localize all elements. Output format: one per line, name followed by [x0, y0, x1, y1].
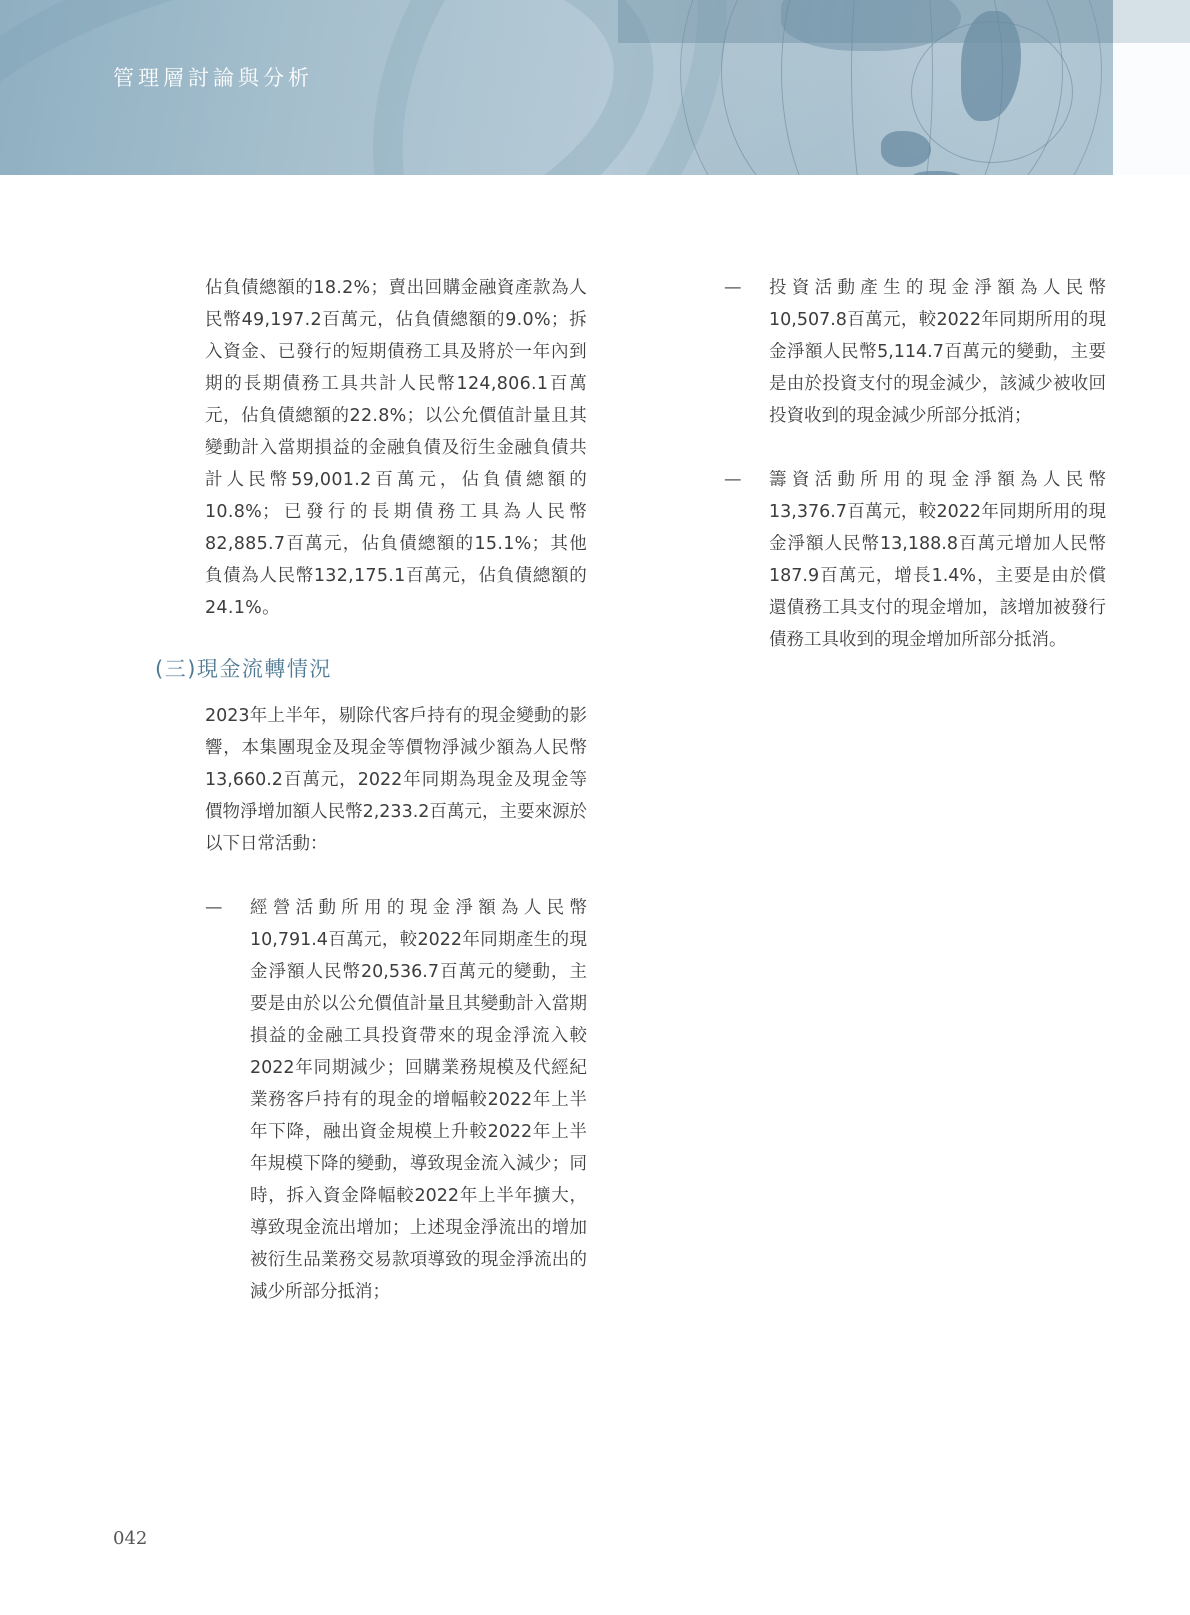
cash-flow-intro: 2023年上半年，剔除代客戶持有的現金變動的影響，本集團現金及現金等價物淨減少額… — [205, 700, 587, 860]
financing-activities-bullet: — 籌資活動所用的現金淨額為人民幣13,376.7百萬元，較2022年同期所用的… — [724, 464, 1106, 656]
dash-bullet-icon: — — [724, 272, 769, 304]
liabilities-text: 佔負債總額的18.2%；賣出回購金融資產款為人民幣49,197.2百萬元，佔負債… — [205, 272, 587, 624]
bullet-text: 投資活動產生的現金淨額為人民幣10,507.8百萬元，較2022年同期所用的現金… — [769, 272, 1106, 432]
liabilities-paragraph: 佔負債總額的18.2%；賣出回購金融資產款為人民幣49,197.2百萬元，佔負債… — [205, 272, 587, 624]
bullet-text: 經營活動所用的現金淨額為人民幣10,791.4百萬元，較2022年同期產生的現金… — [250, 892, 587, 1308]
header-right-margin — [1113, 43, 1190, 175]
dash-bullet-icon: — — [205, 892, 250, 924]
header-banner: 管理層討論與分析 — [0, 0, 1113, 175]
cash-flow-intro-text: 2023年上半年，剔除代客戶持有的現金變動的影響，本集團現金及現金等價物淨減少額… — [205, 700, 587, 860]
section-heading-cash-flow: (三)現金流轉情況 — [155, 653, 332, 683]
operating-activities-bullet: — 經營活動所用的現金淨額為人民幣10,791.4百萬元，較2022年同期產生的… — [205, 892, 587, 1308]
dash-bullet-icon: — — [724, 464, 769, 496]
header-top-strip-right — [1113, 0, 1190, 43]
list-item: — 籌資活動所用的現金淨額為人民幣13,376.7百萬元，較2022年同期所用的… — [724, 464, 1106, 656]
header-top-strip — [618, 0, 1113, 43]
page-number: 042 — [113, 1528, 147, 1549]
header-section-title: 管理層討論與分析 — [113, 62, 313, 92]
list-item: — 經營活動所用的現金淨額為人民幣10,791.4百萬元，較2022年同期產生的… — [205, 892, 587, 1308]
bullet-text: 籌資活動所用的現金淨額為人民幣13,376.7百萬元，較2022年同期所用的現金… — [769, 464, 1106, 656]
investing-activities-bullet: — 投資活動產生的現金淨額為人民幣10,507.8百萬元，較2022年同期所用的… — [724, 272, 1106, 432]
list-item: — 投資活動產生的現金淨額為人民幣10,507.8百萬元，較2022年同期所用的… — [724, 272, 1106, 432]
